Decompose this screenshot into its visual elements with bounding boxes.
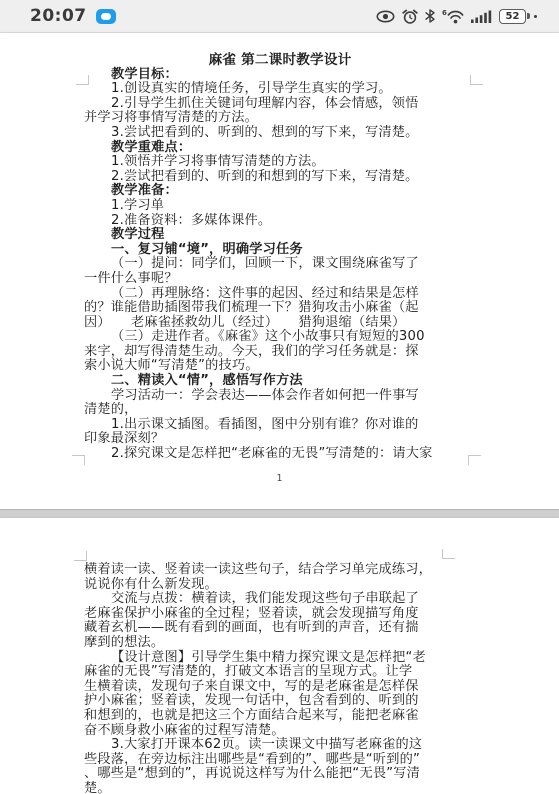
page2-lines: 横着读一读、竖着读一读这些句子，结合学习单完成练习，说说你有什么新发现。交流与点… (84, 563, 476, 794)
alarm-icon (402, 9, 418, 24)
text-line: 教学准备： (84, 184, 476, 199)
svg-text:6: 6 (442, 9, 447, 17)
text-line: 【设计意图】引导学生集中精力探究课文是怎样把“老 (84, 651, 476, 666)
page1-lines: 麻雀 第二课时教学设计教学目标：1.创设真实的情境任务，引导学生真实的学习。2.… (84, 53, 476, 462)
battery-indicator: 52 (499, 9, 537, 24)
signal-strength-icon (471, 10, 492, 23)
text-line: 教学目标： (84, 68, 476, 83)
text-line: 3.尝试把看到的、听到的、想到的写下来，写清楚。 (84, 126, 476, 141)
status-bar: 20:07 (0, 0, 559, 33)
text-line: 并学习将事情写清楚的方法。 (84, 111, 476, 126)
margin-corner-mark (74, 551, 87, 561)
status-bar-left: 20:07 (30, 6, 116, 26)
text-line: 护小麻雀；竖着读，发现一句话中，包含看到的、听到的 (84, 694, 476, 709)
text-line: 交流与点拨：横着读，我们能发现这些句子串联起了 (84, 592, 476, 607)
text-line: 奋不顾身救小麻雀的过程写清楚。 (84, 724, 476, 739)
text-line: （一）提问：同学们，回顾一下，课文围绕麻雀写了 (84, 257, 476, 272)
text-line: 学习活动一：学会表达——体会作者如何把一件事写 (84, 389, 476, 404)
text-line: 和想到的，也就是把这三个方面结合起来写，能把老麻雀 (84, 709, 476, 724)
status-bar-right: 6 52 (376, 9, 537, 24)
text-line: 印象最深刻？ (84, 432, 476, 447)
text-line: 2.准备资料：多媒体课件。 (84, 214, 476, 229)
text-line: 摩到的想法。 (84, 636, 476, 651)
phone-screen: 20:07 (0, 0, 559, 794)
text-line: 索小说大师“写清楚”的技巧。 (84, 359, 476, 374)
document-page-2: 横着读一读、竖着读一读这些句子，结合学习单完成练习，说说你有什么新发现。交流与点… (0, 518, 559, 794)
text-line: 麻雀的无畏”写清楚的，打破文本语言的呈现方式。让学 (84, 665, 476, 680)
text-line: （二）再理脉络：这件事的起因、经过和结果是怎样 (84, 287, 476, 302)
text-line: 一件什么事呢？ (84, 272, 476, 287)
text-line: 3.大家打开课本62页。读一读课文中描写老麻雀的这 (84, 738, 476, 753)
battery-nub (527, 13, 530, 19)
chat-bubble-icon (101, 13, 111, 20)
battery-percent: 52 (499, 9, 526, 24)
bluetooth-icon (425, 9, 435, 23)
eye-protection-icon (376, 10, 395, 23)
text-line: 藏着玄机——既有看到的画面，也有听到的声音，还有揣 (84, 621, 476, 636)
text-line: 的？谁能借助插图带我们梳理一下？猎狗攻击小麻雀（起 (84, 301, 476, 316)
text-line: 楚。 (84, 782, 476, 794)
dot-indicator (534, 15, 537, 18)
page-gap (0, 509, 559, 518)
text-line: 说说你有什么新发现。 (84, 578, 476, 593)
page-number: 1 (0, 473, 559, 484)
document-viewer[interactable]: 麻雀 第二课时教学设计教学目标：1.创设真实的情境任务，引导学生真实的学习。2.… (0, 33, 559, 794)
margin-corner-mark (442, 549, 455, 559)
text-line: 横着读一读、竖着读一读这些句子，结合学习单完成练习， (84, 563, 476, 578)
text-line: 二、精读入“情”，感悟写作方法 (84, 374, 476, 389)
text-line: 教学过程 (84, 228, 476, 243)
document-page-1: 麻雀 第二课时教学设计教学目标：1.创设真实的情境任务，引导学生真实的学习。2.… (0, 33, 559, 509)
text-line: 、哪些是“想到的”，再说说这样写为什么能把“无畏”写清 (84, 767, 476, 782)
text-line: 1.创设真实的情境任务，引导学生真实的学习。 (84, 82, 476, 97)
clock-text: 20:07 (30, 6, 87, 26)
text-line: （三）走进作者。《麻雀》这个小故事只有短短的300 (84, 330, 476, 345)
text-line: 1.学习单 (84, 199, 476, 214)
chat-app-notification-icon (96, 9, 116, 24)
text-line: 清楚的， (84, 403, 476, 418)
text-line: 1.领悟并学习将事情写清楚的方法。 (84, 155, 476, 170)
text-line: 教学重难点： (84, 141, 476, 156)
text-line: 2.探究课文是怎样把“老麻雀的无畏”写清楚的：请大家 (84, 447, 476, 462)
text-line: 麻雀 第二课时教学设计 (84, 53, 476, 68)
wifi6-icon: 6 (442, 9, 464, 24)
